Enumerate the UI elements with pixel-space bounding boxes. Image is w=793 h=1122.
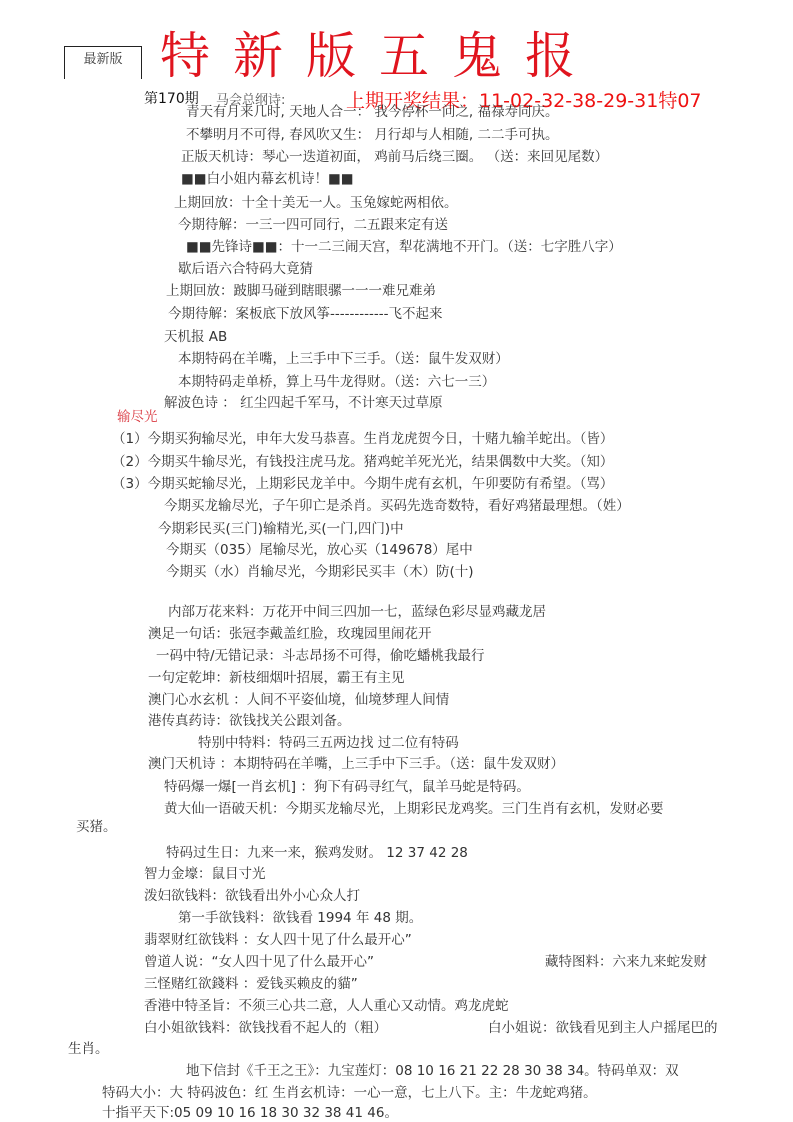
text-line: 藏特图料：六来九来蛇发财 xyxy=(545,953,707,971)
text-line: 今期待解：案板底下放风筝------------飞不起来 xyxy=(168,305,442,323)
text-line: （1）今期买狗输尽光，申年大发马恭喜。生肖龙虎贺今日，十赌九输羊蛇出。（皆） xyxy=(112,430,613,448)
text-line: 泼妇欲钱料：欲钱看出外小心众人打 xyxy=(144,887,360,905)
text-line: 智力金壕：鼠目寸光 xyxy=(144,865,266,883)
text-line: 不攀明月不可得, 春风吹又生： 月行却与人相随, 二二手可执。 xyxy=(186,126,558,144)
text-line: （3）今期买蛇输尽光，上期彩民龙羊中。今期牛虎有玄机，午卯要防有希望。（骂） xyxy=(112,475,613,493)
text-line: 正版天机诗：琴心一迭道初面， 鸡前马后绕三圈。 （送：来回见尾数） xyxy=(181,148,608,166)
text-line: 特别中特料：特码三五两边找 过二位有特码 xyxy=(198,734,459,752)
text-line: 曾道人说：“女人四十见了什么最开心” xyxy=(144,953,374,971)
text-line: ■■白小姐内幕玄机诗！■■ xyxy=(181,170,354,188)
text-line: 特码过生日：九来一来，猴鸡发财。 12 37 42 28 xyxy=(166,844,468,862)
text-line: 地下信封《千王之王》：九宝莲灯：08 10 16 21 22 28 30 38 … xyxy=(186,1062,679,1080)
text-line: 特码大小：大 特码波色：红 生肖玄机诗：一心一意，七上八下。主：牛龙蛇鸡猪。 xyxy=(102,1084,597,1102)
text-line: 特码爆一爆[一肖玄机] ：狗下有码寻红气，鼠羊马蛇是特码。 xyxy=(164,778,530,796)
text-line: 解波色诗 ： 红尘四起千军马，不计寒天过草原 xyxy=(164,394,443,412)
text-line: 黄大仙一语破天机：今期买龙输尽光，上期彩民龙鸡奖。三门生肖有玄机，发财必要 xyxy=(164,800,664,818)
text-line: 天机报 AB xyxy=(164,328,227,346)
text-line: 上期回放：跛脚马碰到瞎眼骡一一一难兄难弟 xyxy=(166,282,436,300)
text-line: ■■先锋诗■■：十一二三闹天宫，犁花满地不开门。（送：七字胜八字） xyxy=(186,238,622,256)
text-line: 三怪赌红欲錢料 ：爱钱买赖皮的貓” xyxy=(144,975,358,993)
text-line: 十指平天下:05 09 10 16 18 30 32 38 41 46。 xyxy=(102,1104,398,1122)
text-line: 澳门天机诗 ：本期特码在羊嘴，上三手中下三手。（送：鼠牛发双财） xyxy=(148,755,564,773)
text-line: 港传真药诗：欲钱找关公跟刘备。 xyxy=(148,712,351,730)
text-line: 歇后语六合特码大竟猜 xyxy=(178,260,313,278)
edition-badge: 最新版 xyxy=(64,46,142,79)
text-line: 今期买龙输尽光，子午卯亡是杀肖。买码先选奇数特，看好鸡猪最理想。（姓） xyxy=(164,497,630,515)
text-line: 本期特码走单桥，算上马牛龙得财。（送：六七一三） xyxy=(178,373,495,391)
text-line: 香港中特圣旨：不须三心共二意，人人重心又动情。鸡龙虎蛇 xyxy=(144,997,509,1015)
text-line: 内部万花来料：万花开中间三四加一七，蓝绿色彩尽显鸡藏龙居 xyxy=(168,603,546,621)
text-line: 生肖。 xyxy=(68,1040,109,1058)
text-line: 青天有月来几时, 天地人合一： 我今停杯一问之, 福禄寿同庆。 xyxy=(186,103,558,121)
page-title: 特新版五鬼报 xyxy=(160,26,598,86)
text-line: 今期买（水）肖输尽光，今期彩民买丰（木）防(十) xyxy=(166,563,474,581)
text-line: 翡翠财红欲钱料 ：女人四十见了什么最开心” xyxy=(144,931,412,949)
text-line: 买猪。 xyxy=(76,818,117,836)
text-line: 本期特码在羊嘴，上三手中下三手。（送：鼠牛发双财） xyxy=(178,350,509,368)
text-line: 今期买（035）尾输尽光，放心买（149678）尾中 xyxy=(166,541,473,559)
text-line: 输尽光 xyxy=(117,408,158,426)
text-line: （2）今期买牛输尽光，有钱投注虎马龙。猪鸡蛇羊死光光，结果偶数中大奖。（知） xyxy=(112,453,613,471)
text-line: 澳门心水玄机 ：人间不平姿仙境，仙境梦理人间情 xyxy=(148,691,449,709)
text-line: 澳足一句话：张冠李戴盖红脸，玫瑰园里闹花开 xyxy=(148,625,432,643)
text-line: 第一手欲钱料：欲钱看 1994 年 48 期。 xyxy=(178,909,422,927)
text-line: 白小姐欲钱料：欲钱找看不起人的（粗） xyxy=(144,1019,387,1037)
text-line: 上期回放：十全十美无一人。玉兔嫁蛇两相依。 xyxy=(174,194,458,212)
text-line: 今期待解：一三一四可同行，二五跟来定有送 xyxy=(178,216,448,234)
text-line: 今期彩民买(三门)输精光,买(一门,四门)中 xyxy=(158,520,404,538)
text-line: 白小姐说：欲钱看见到主人户摇尾巴的 xyxy=(488,1019,718,1037)
text-line: 一码中特/无错记录：斗志昂扬不可得，偷吃蟠桃我最行 xyxy=(156,647,485,665)
text-line: 一句定乾坤：新枝细烟叶招展，霸王有主见 xyxy=(148,669,405,687)
